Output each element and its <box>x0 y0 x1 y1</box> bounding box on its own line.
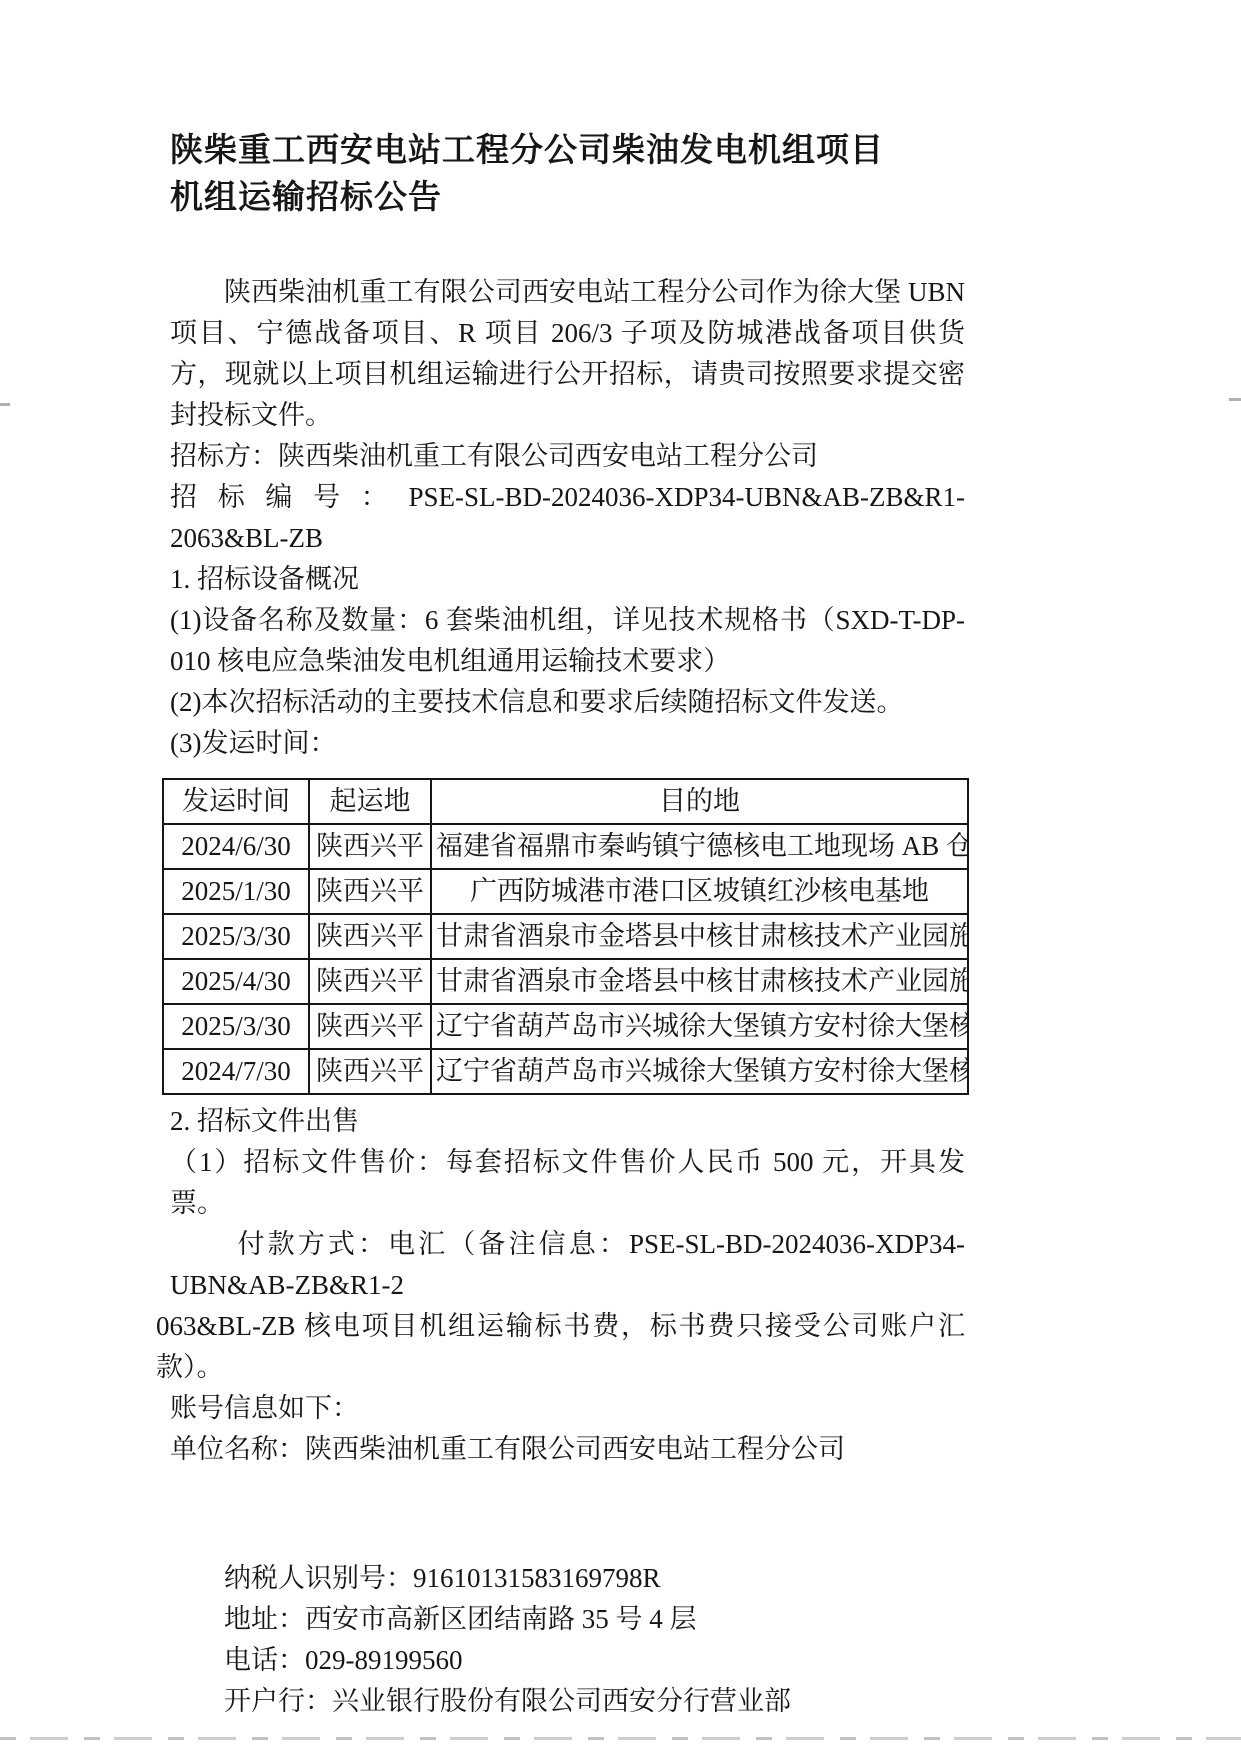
cell-origin: 陕西兴平 <box>309 959 431 1004</box>
redacted-gap <box>170 1470 965 1558</box>
payment-method-line-1: 付款方式：电汇（备注信息：PSE-SL-BD-2024036-XDP34-UBN… <box>170 1224 965 1306</box>
cell-origin: 陕西兴平 <box>309 869 431 914</box>
section1-item3: (3)发运时间： <box>170 723 965 764</box>
cell-ship-date: 2024/7/30 <box>163 1049 309 1094</box>
document-page: 陕柴重工西安电站工程分公司柴油发电机组项目 机组运输招标公告 陕西柴油机重工有限… <box>170 0 965 1722</box>
table-row: 2025/1/30 陕西兴平 广西防城港市港口区坡镇红沙核电基地 <box>163 869 968 914</box>
tax-id-line: 纳税人识别号：91610131583169798R <box>170 1558 965 1599</box>
cell-origin: 陕西兴平 <box>309 1049 431 1094</box>
section1-item1: (1)设备名称及数量：6 套柴油机组，详见技术规格书（SXD-T-DP-010 … <box>170 600 965 682</box>
cell-destination: 福建省福鼎市秦屿镇宁德核电工地现场 AB 仓库 <box>431 824 968 869</box>
cell-destination: 辽宁省葫芦岛市兴城徐大堡镇方安村徐大堡核电厂 <box>431 1004 968 1049</box>
cell-destination: 甘肃省酒泉市金塔县中核甘肃核技术产业园施工现场 <box>431 959 968 1004</box>
title-line-1: 陕柴重工西安电站工程分公司柴油发电机组项目 <box>170 128 965 175</box>
table-row: 2024/7/30 陕西兴平 辽宁省葫芦岛市兴城徐大堡镇方安村徐大堡核电厂 <box>163 1049 968 1094</box>
header-ship-date: 发运时间 <box>163 779 309 824</box>
cell-origin: 陕西兴平 <box>309 1004 431 1049</box>
account-info-intro: 账号信息如下： <box>170 1388 965 1429</box>
phone-line: 电话：029-89199560 <box>170 1640 965 1681</box>
section1-item2: (2)本次招标活动的主要技术信息和要求后续随招标文件发送。 <box>170 682 965 723</box>
tender-number-line: 招标编号：PSE-SL-BD-2024036-XDP34-UBN&AB-ZB&R… <box>170 477 965 559</box>
scan-artifact-right-tick <box>1229 398 1241 401</box>
cell-destination: 辽宁省葫芦岛市兴城徐大堡镇方安村徐大堡核电厂 <box>431 1049 968 1094</box>
intro-paragraph: 陕西柴油机重工有限公司西安电站工程分公司作为徐大堡 UBN 项目、宁德战备项目、… <box>170 272 965 436</box>
company-name-line: 单位名称：陕西柴油机重工有限公司西安电站工程分公司 <box>170 1429 965 1470</box>
table-row: 2025/3/30 陕西兴平 甘肃省酒泉市金塔县中核甘肃核技术产业园施工现场 <box>163 914 968 959</box>
payment-method-line-2: 063&BL-ZB 核电项目机组运输标书费，标书费只接受公司账户汇款）。 <box>156 1306 965 1388</box>
tenderer-line: 招标方：陕西柴油机重工有限公司西安电站工程分公司 <box>170 436 965 477</box>
scan-artifact-bottom-line <box>0 1737 1241 1740</box>
header-destination: 目的地 <box>431 779 968 824</box>
table-row: 2025/3/30 陕西兴平 辽宁省葫芦岛市兴城徐大堡镇方安村徐大堡核电厂 <box>163 1004 968 1049</box>
cell-destination: 广西防城港市港口区坡镇红沙核电基地 <box>431 869 968 914</box>
address-line: 地址：西安市高新区团结南路 35 号 4 层 <box>170 1599 965 1640</box>
table-row: 2025/4/30 陕西兴平 甘肃省酒泉市金塔县中核甘肃核技术产业园施工现场 <box>163 959 968 1004</box>
section2-price-line: （1）招标文件售价：每套招标文件售价人民币 500 元，开具发票。 <box>170 1142 965 1224</box>
cell-ship-date: 2025/3/30 <box>163 1004 309 1049</box>
title-line-2: 机组运输招标公告 <box>170 175 965 222</box>
bank-line: 开户行：兴业银行股份有限公司西安分行营业部 <box>170 1681 965 1722</box>
cell-ship-date: 2025/1/30 <box>163 869 309 914</box>
document-body: 陕西柴油机重工有限公司西安电站工程分公司作为徐大堡 UBN 项目、宁德战备项目、… <box>170 272 965 1722</box>
cell-destination: 甘肃省酒泉市金塔县中核甘肃核技术产业园施工现场 <box>431 914 968 959</box>
cell-origin: 陕西兴平 <box>309 914 431 959</box>
section1-heading: 1. 招标设备概况 <box>170 559 965 600</box>
table-header-row: 发运时间 起运地 目的地 <box>163 779 968 824</box>
scan-artifact-left-tick <box>0 403 10 406</box>
cell-ship-date: 2025/4/30 <box>163 959 309 1004</box>
section2-heading: 2. 招标文件出售 <box>170 1101 965 1142</box>
document-title: 陕柴重工西安电站工程分公司柴油发电机组项目 机组运输招标公告 <box>170 128 965 222</box>
header-origin: 起运地 <box>309 779 431 824</box>
table-row: 2024/6/30 陕西兴平 福建省福鼎市秦屿镇宁德核电工地现场 AB 仓库 <box>163 824 968 869</box>
shipping-schedule-table: 发运时间 起运地 目的地 2024/6/30 陕西兴平 福建省福鼎市秦屿镇宁德核… <box>162 778 969 1095</box>
cell-ship-date: 2025/3/30 <box>163 914 309 959</box>
cell-origin: 陕西兴平 <box>309 824 431 869</box>
cell-ship-date: 2024/6/30 <box>163 824 309 869</box>
